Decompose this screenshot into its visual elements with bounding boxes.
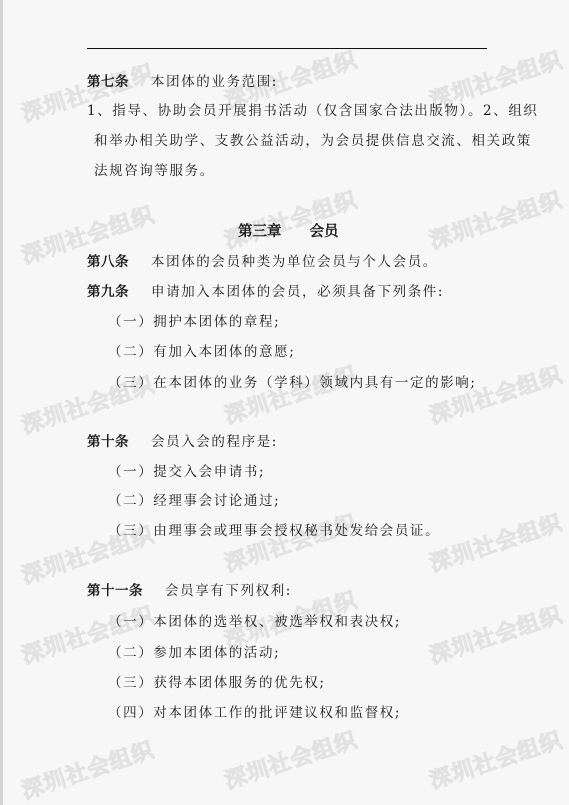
article-11-item-1: （一）本团体的选举权、被选举权和表决权; — [108, 613, 401, 631]
header-rule — [87, 48, 487, 49]
watermark-text: 深圳社会组织 — [425, 506, 566, 578]
article-11-item-2: （二）参加本团体的活动; — [108, 644, 280, 662]
watermark-text: 深圳社会组织 — [425, 723, 566, 795]
article-9-item-3: （三）在本团体的业务（学科）领域内具有一定的影响; — [108, 374, 477, 392]
article-7-title: 本团体的业务范围: — [151, 74, 278, 90]
article-10-item-3: （三）由理事会或理事会授权秘书处发给会员证。 — [108, 522, 440, 540]
article-10-item-2: （二）经理事会讨论通过; — [108, 492, 280, 510]
article-9: 第九条申请加入本团体的会员，必须具备下列条件: — [87, 283, 444, 301]
article-8: 第八条本团体的会员种类为单位会员与个人会员。 — [87, 253, 438, 271]
watermark-text: 深圳社会组织 — [220, 506, 361, 578]
watermark-text: 深圳社会组织 — [425, 358, 566, 430]
article-8-heading: 第八条 — [87, 254, 129, 270]
article-10-item-1: （一）提交入会申请书; — [108, 463, 265, 481]
article-10-text: 会员入会的程序是: — [151, 434, 278, 450]
article-7-heading: 第七条 — [87, 74, 129, 90]
article-8-text: 本团体的会员种类为单位会员与个人会员。 — [151, 254, 438, 270]
chapter-title: 第三章会员 — [238, 223, 339, 241]
watermark-text: 深圳社会组织 — [220, 723, 361, 795]
watermark-text: 深圳社会组织 — [220, 183, 361, 255]
article-7-line-2: 和举办相关助学、支教公益活动，为会员提供信息交流、相关政策 — [94, 132, 532, 150]
article-11-heading: 第十一条 — [87, 583, 143, 599]
article-9-heading: 第九条 — [87, 284, 129, 300]
article-11-item-4: （四）对本团体工作的批评建议权和监督权; — [108, 704, 401, 722]
chapter-number: 第三章 — [238, 224, 282, 240]
watermark-text: 深圳社会组织 — [425, 183, 566, 255]
article-11-text: 会员享有下列权利: — [165, 583, 292, 599]
article-10-heading: 第十条 — [87, 434, 129, 450]
article-10: 第十条会员入会的程序是: — [87, 433, 278, 451]
article-11: 第十一条会员享有下列权利: — [87, 582, 292, 600]
article-7-line-1: 1、指导、协助会员开展捐书活动（仅含国家合法出版物）。2、组织 — [87, 102, 539, 120]
article-9-item-1: （一）拥护本团体的章程; — [108, 313, 280, 331]
article-9-text: 申请加入本团体的会员，必须具备下列条件: — [151, 284, 444, 300]
article-11-item-3: （三）获得本团体服务的优先权; — [108, 674, 326, 692]
watermark-text: 深圳社会组织 — [220, 358, 361, 430]
watermark-text: 深圳社会组织 — [17, 733, 158, 805]
watermark-text: 深圳社会组织 — [425, 598, 566, 670]
chapter-name: 会员 — [310, 224, 339, 240]
article-7-heading-line: 第七条本团体的业务范围: — [87, 73, 278, 91]
article-9-item-2: （二）有加入本团体的意愿; — [108, 343, 295, 361]
article-7-line-3: 法规咨询等服务。 — [94, 162, 215, 180]
page-left-edge — [0, 0, 3, 805]
